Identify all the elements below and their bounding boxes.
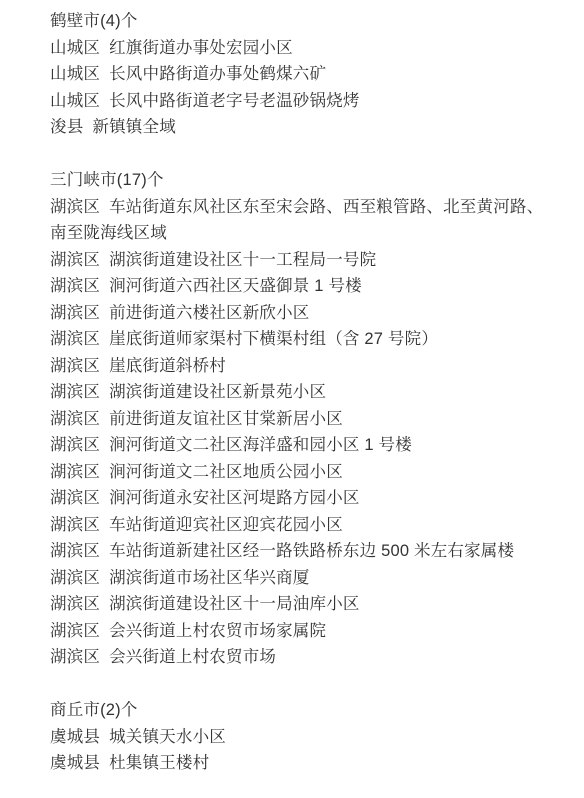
district-name: 浚县 <box>50 118 83 136</box>
city-heading: 三门峡市(17)个 <box>50 167 558 194</box>
area-detail: 湖滨街道市场社区华兴商厦 <box>109 569 309 587</box>
area-detail: 涧河街道六西社区天盛御景 1 号楼 <box>109 277 362 295</box>
district-name: 湖滨区 <box>50 383 100 401</box>
area-detail: 前进街道六楼社区新欣小区 <box>109 304 309 322</box>
area-row: 山城区红旗街道办事处宏园小区 <box>50 35 558 62</box>
district-name: 湖滨区 <box>50 277 100 295</box>
district-name: 湖滨区 <box>50 542 100 560</box>
area-row: 山城区长风中路街道老字号老温砂锅烧烤 <box>50 88 558 115</box>
area-detail: 红旗街道办事处宏园小区 <box>109 39 293 57</box>
area-detail: 涧河街道文二社区海洋盛和园小区 1 号楼 <box>109 436 412 454</box>
area-row: 湖滨区车站街道迎宾社区迎宾花园小区 <box>50 512 558 539</box>
area-list-document: 鹤壁市(4)个 山城区红旗街道办事处宏园小区 山城区长风中路街道办事处鹤煤六矿 … <box>0 0 584 777</box>
city-section-shangqiu: 商丘市(2)个 虞城县城关镇天水小区 虞城县杜集镇王楼村 <box>50 697 558 777</box>
district-name: 湖滨区 <box>50 463 100 481</box>
area-row: 浚县新镇镇全域 <box>50 114 558 141</box>
area-detail: 城关镇天水小区 <box>109 728 226 746</box>
area-row: 湖滨区湖滨街道建设社区十一局油库小区 <box>50 591 558 618</box>
district-name: 湖滨区 <box>50 198 100 216</box>
area-detail: 涧河街道文二社区地质公园小区 <box>109 463 343 481</box>
district-name: 湖滨区 <box>50 251 100 269</box>
area-row: 湖滨区车站街道新建社区经一路铁路桥东边 500 米左右家属楼 <box>50 538 558 565</box>
area-row: 虞城县城关镇天水小区 <box>50 724 558 751</box>
district-name: 湖滨区 <box>50 410 100 428</box>
city-section-sanmenxia: 三门峡市(17)个 湖滨区车站街道东风社区东至宋会路、西至粮管路、北至黄河路、南… <box>50 167 558 671</box>
area-row: 湖滨区湖滨街道建设社区新景苑小区 <box>50 379 558 406</box>
area-detail: 湖滨街道建设社区新景苑小区 <box>109 383 326 401</box>
area-row: 湖滨区湖滨街道建设社区十一工程局一号院 <box>50 247 558 274</box>
area-detail: 崖底街道斜桥村 <box>109 357 226 375</box>
area-row: 虞城县杜集镇王楼村 <box>50 750 558 777</box>
area-detail: 长风中路街道老字号老温砂锅烧烤 <box>109 92 360 110</box>
area-row: 湖滨区崖底街道斜桥村 <box>50 353 558 380</box>
area-row: 湖滨区车站街道东风社区东至宋会路、西至粮管路、北至黄河路、南至陇海线区域 <box>50 194 558 247</box>
area-detail: 湖滨街道建设社区十一工程局一号院 <box>109 251 376 269</box>
area-row: 湖滨区前进街道友谊社区甘棠新居小区 <box>50 406 558 433</box>
area-row: 湖滨区会兴街道上村农贸市场 <box>50 644 558 671</box>
area-detail: 新镇镇全域 <box>92 118 176 136</box>
area-detail: 前进街道友谊社区甘棠新居小区 <box>109 410 343 428</box>
district-name: 虞城县 <box>50 728 100 746</box>
city-heading: 商丘市(2)个 <box>50 697 558 724</box>
area-detail: 长风中路街道办事处鹤煤六矿 <box>109 65 326 83</box>
area-detail: 车站街道新建社区经一路铁路桥东边 500 米左右家属楼 <box>109 542 514 560</box>
area-detail: 涧河街道永安社区河堤路方园小区 <box>109 489 360 507</box>
district-name: 湖滨区 <box>50 304 100 322</box>
area-row: 湖滨区涧河街道六西社区天盛御景 1 号楼 <box>50 273 558 300</box>
district-name: 湖滨区 <box>50 622 100 640</box>
area-row: 湖滨区崖底街道师家渠村下横渠村组（含 27 号院） <box>50 326 558 353</box>
area-row: 湖滨区会兴街道上村农贸市场家属院 <box>50 618 558 645</box>
area-row: 湖滨区涧河街道文二社区海洋盛和园小区 1 号楼 <box>50 432 558 459</box>
district-name: 山城区 <box>50 92 100 110</box>
area-row: 湖滨区涧河街道永安社区河堤路方园小区 <box>50 485 558 512</box>
area-detail: 车站街道东风社区东至宋会路、西至粮管路、北至黄河路、南至陇海线区域 <box>50 198 543 243</box>
area-detail: 会兴街道上村农贸市场家属院 <box>109 622 326 640</box>
district-name: 湖滨区 <box>50 357 100 375</box>
area-detail: 崖底街道师家渠村下横渠村组（含 27 号院） <box>109 330 438 348</box>
district-name: 湖滨区 <box>50 516 100 534</box>
district-name: 山城区 <box>50 65 100 83</box>
city-section-hebi: 鹤壁市(4)个 山城区红旗街道办事处宏园小区 山城区长风中路街道办事处鹤煤六矿 … <box>50 8 558 141</box>
area-detail: 湖滨街道建设社区十一局油库小区 <box>109 595 360 613</box>
city-heading: 鹤壁市(4)个 <box>50 8 558 35</box>
area-row: 湖滨区湖滨街道市场社区华兴商厦 <box>50 565 558 592</box>
district-name: 湖滨区 <box>50 436 100 454</box>
district-name: 湖滨区 <box>50 595 100 613</box>
district-name: 山城区 <box>50 39 100 57</box>
area-detail: 车站街道迎宾社区迎宾花园小区 <box>109 516 343 534</box>
district-name: 湖滨区 <box>50 569 100 587</box>
area-detail: 会兴街道上村农贸市场 <box>109 648 276 666</box>
area-row: 湖滨区前进街道六楼社区新欣小区 <box>50 300 558 327</box>
area-detail: 杜集镇王楼村 <box>109 754 209 772</box>
area-row: 山城区长风中路街道办事处鹤煤六矿 <box>50 61 558 88</box>
district-name: 湖滨区 <box>50 330 100 348</box>
district-name: 湖滨区 <box>50 489 100 507</box>
district-name: 湖滨区 <box>50 648 100 666</box>
district-name: 虞城县 <box>50 754 100 772</box>
area-row: 湖滨区涧河街道文二社区地质公园小区 <box>50 459 558 486</box>
